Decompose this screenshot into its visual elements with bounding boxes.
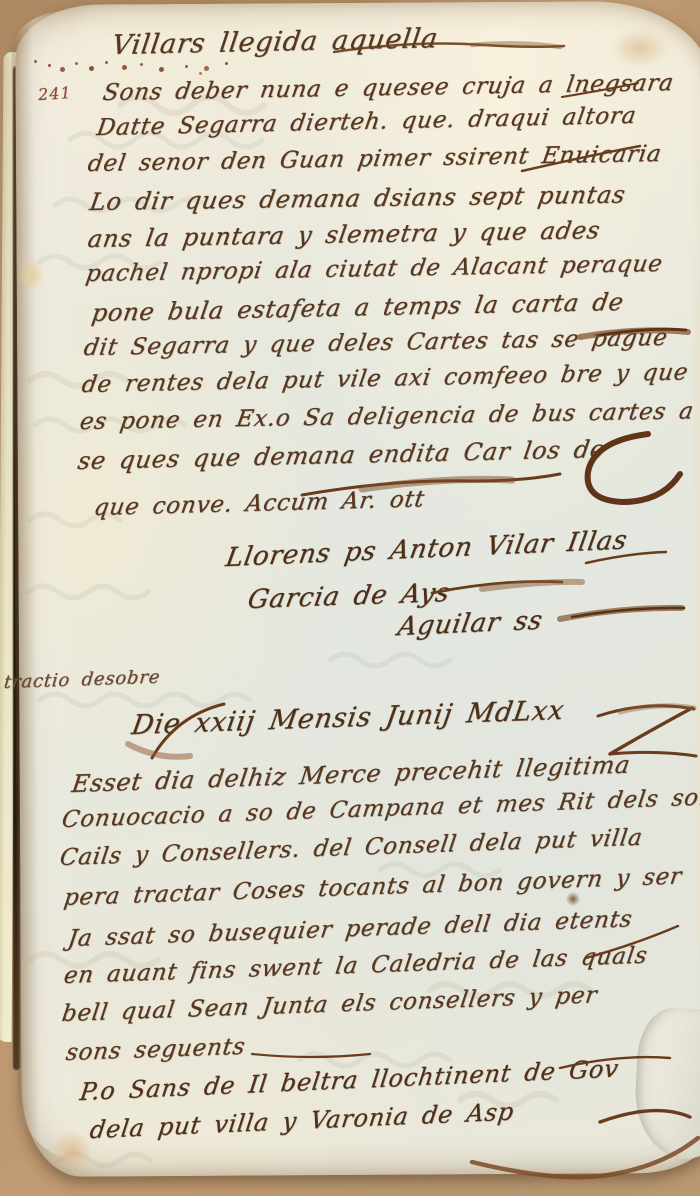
manuscript-photo: 241 Villars llegida aquella Sons deber n… bbox=[0, 0, 700, 1196]
ink-flourishes-layer bbox=[0, 0, 700, 1196]
